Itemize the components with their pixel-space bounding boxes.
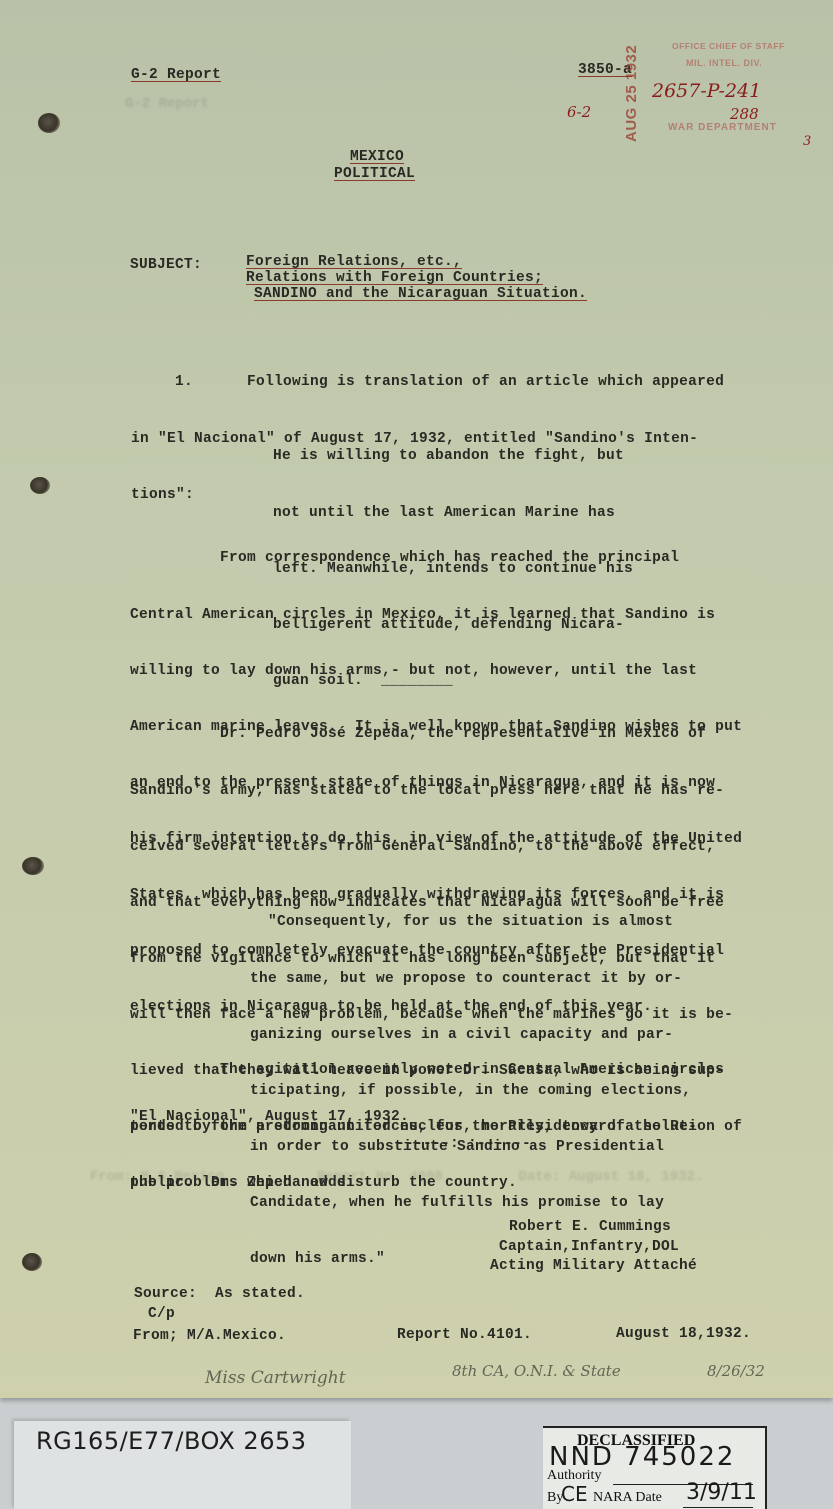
text-line: 1. Following is translation of an articl… xyxy=(131,373,724,392)
handwritten-page-mark: 3 xyxy=(803,134,811,149)
document-page: G-2 Report From: M.A.Mexico. Report No. … xyxy=(0,0,833,1398)
subject-line-3: SANDINO and the Nicaraguan Situation. xyxy=(254,285,587,304)
date-stamp: AUG 25 1932 xyxy=(623,45,640,142)
text-line: the problems which now disturb the count… xyxy=(130,1174,742,1193)
category-heading: POLITICAL xyxy=(334,165,415,184)
text-line: Dr. Pedro José Zepeda, the representativ… xyxy=(130,725,733,744)
stamp-department: WAR DEPARTMENT xyxy=(668,122,777,133)
archive-label-text: RG165/E77/BOX 2653 xyxy=(36,1427,307,1455)
signature-name: Robert E. Cummings xyxy=(509,1218,671,1237)
text-line: Sandino's army, has stated to the local … xyxy=(130,782,733,801)
declass-date-value: 3/9/11 xyxy=(686,1480,757,1505)
text-line: "Consequently, for us the situation is a… xyxy=(250,913,691,932)
pencil-date: 8/26/32 xyxy=(707,1362,765,1380)
paragraph-4: The agitation recently noted in Central … xyxy=(130,1024,742,1230)
from-line: From; M/A.Mexico. xyxy=(133,1327,286,1346)
punch-hole-3 xyxy=(22,857,44,875)
text-line: ceived several letters from General Sand… xyxy=(130,838,733,857)
punch-hole-1 xyxy=(38,113,60,133)
subject-label: SUBJECT: xyxy=(130,256,202,275)
citation: "El Nacional", August 17, 1932. xyxy=(130,1108,409,1127)
stamp-office: OFFICE CHIEF OF STAFF xyxy=(672,41,785,51)
handwritten-file-ref: 2657-P-241 xyxy=(652,80,761,102)
stamp-division: MIL. INTEL. DIV. xyxy=(686,58,762,68)
punch-hole-2 xyxy=(30,477,50,494)
ghost-text-report: G-2 Report xyxy=(125,96,209,112)
text-line: Central American circles in Mexico, it i… xyxy=(130,606,742,625)
archive-label-card: RG165/E77/BOX 2653 xyxy=(14,1421,351,1509)
pencil-distribution: 8th CA, O.N.I. & State xyxy=(452,1362,621,1380)
signature-rank: Captain,Infantry,DOL xyxy=(499,1238,679,1257)
report-number: Report No.4101. xyxy=(397,1326,532,1345)
country-heading: MEXICO xyxy=(350,148,404,167)
section-divider: ------: :------ xyxy=(396,1135,531,1154)
nara-date-label: NARA Date xyxy=(593,1490,662,1506)
declassified-stamp: DECLASSIFIED NND 745022 Authority By CE … xyxy=(543,1426,767,1509)
text-line: the same, but we propose to counteract i… xyxy=(250,970,691,989)
source-line: Source: As stated. xyxy=(134,1285,305,1304)
report-type: G-2 Report xyxy=(131,66,221,85)
handwritten-g-number: 6-2 xyxy=(567,103,591,121)
pencil-recipient: Miss Cartwright xyxy=(205,1368,346,1388)
copy-mark: C/p xyxy=(148,1305,175,1324)
signature-title: Acting Military Attaché xyxy=(490,1257,697,1276)
by-value: CE xyxy=(561,1482,588,1506)
report-date: August 18,1932. xyxy=(616,1325,751,1344)
text-line: He is willing to abandon the fight, but xyxy=(273,447,633,466)
date-underline xyxy=(683,1507,753,1508)
text-line: willing to lay down his arms,- but not, … xyxy=(130,662,742,681)
text-line: The agitation recently noted in Central … xyxy=(130,1061,742,1080)
handwritten-sub-ref: 288 xyxy=(730,105,759,123)
text-line: From correspondence which has reached th… xyxy=(130,549,742,568)
punch-hole-4 xyxy=(22,1253,42,1271)
